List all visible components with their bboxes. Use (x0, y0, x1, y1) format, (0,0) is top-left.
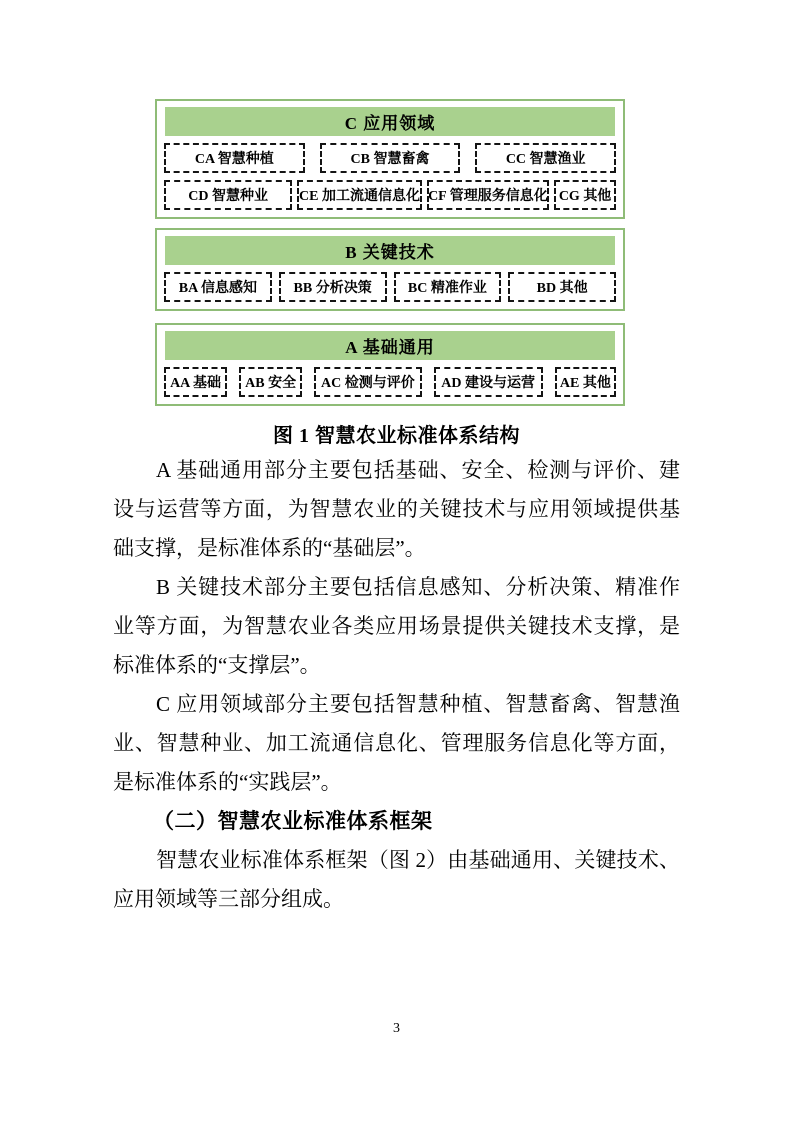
figure-box-cc: CC 智慧渔业 (475, 143, 616, 173)
figure-row-c2: CD 智慧种业 CE 加工流通信息化 CF 管理服务信息化 CG 其他 (164, 180, 616, 210)
figure-row-a1: AA 基础 AB 安全 AC 检测与评价 AD 建设与运营 AE 其他 (164, 367, 616, 397)
figure-section-header-a: A 基础通用 (165, 331, 615, 360)
paragraph-a-line-2: 设与运营等方面，为智慧农业的关键技术与应用领域提供基 (113, 490, 680, 529)
figure-box-ce: CE 加工流通信息化 (297, 180, 421, 210)
figure-box-cf: CF 管理服务信息化 (427, 180, 550, 210)
figure-standard-system-diagram: C 应用领域 CA 智慧种植 CB 智慧畜禽 CC 智慧渔业 CD 智慧种业 C… (155, 99, 625, 406)
figure-box-ab: AB 安全 (239, 367, 302, 397)
figure-caption: 图 1 智慧农业标准体系结构 (0, 419, 793, 448)
figure-box-ba: BA 信息感知 (164, 272, 272, 302)
paragraph-c-line-1: C 应用领域部分主要包括智慧种植、智慧畜禽、智慧渔 (113, 685, 680, 724)
figure-box-cb: CB 智慧畜禽 (320, 143, 461, 173)
section-heading-framework: （二）智慧农业标准体系框架 (113, 802, 680, 841)
document-page: C 应用领域 CA 智慧种植 CB 智慧畜禽 CC 智慧渔业 CD 智慧种业 C… (0, 0, 793, 1122)
figure-section-key-tech: B 关键技术 BA 信息感知 BB 分析决策 BC 精准作业 BD 其他 (155, 228, 625, 311)
paragraph-d-line-1: 智慧农业标准体系框架（图 2）由基础通用、关键技术、 (113, 841, 680, 880)
body-text: A 基础通用部分主要包括基础、安全、检测与评价、建 设与运营等方面，为智慧农业的… (113, 451, 680, 919)
figure-box-bc: BC 精准作业 (394, 272, 502, 302)
paragraph-c-line-3: 是标准体系的“实践层”。 (113, 763, 680, 802)
figure-box-ad: AD 建设与运营 (434, 367, 543, 397)
figure-section-header-c: C 应用领域 (165, 107, 615, 136)
paragraph-b-line-1: B 关键技术部分主要包括信息感知、分析决策、精准作 (113, 568, 680, 607)
figure-box-aa: AA 基础 (164, 367, 227, 397)
figure-section-application: C 应用领域 CA 智慧种植 CB 智慧畜禽 CC 智慧渔业 CD 智慧种业 C… (155, 99, 625, 219)
figure-box-cg: CG 其他 (554, 180, 616, 210)
paragraph-b-line-2: 业等方面，为智慧农业各类应用场景提供关键技术支撑，是 (113, 607, 680, 646)
figure-row-c1: CA 智慧种植 CB 智慧畜禽 CC 智慧渔业 (164, 143, 616, 173)
figure-row-b1: BA 信息感知 BB 分析决策 BC 精准作业 BD 其他 (164, 272, 616, 302)
figure-section-header-b: B 关键技术 (165, 236, 615, 265)
paragraph-c-line-2: 业、智慧种业、加工流通信息化、管理服务信息化等方面， (113, 724, 680, 763)
figure-box-bb: BB 分析决策 (279, 272, 387, 302)
paragraph-a-line-3: 础支撑，是标准体系的“基础层”。 (113, 529, 680, 568)
figure-box-ae: AE 其他 (555, 367, 616, 397)
figure-box-ca: CA 智慧种植 (164, 143, 305, 173)
figure-box-cd: CD 智慧种业 (164, 180, 292, 210)
paragraph-a-line-1: A 基础通用部分主要包括基础、安全、检测与评价、建 (113, 451, 680, 490)
page-number: 3 (0, 1021, 793, 1037)
figure-box-ac: AC 检测与评价 (314, 367, 421, 397)
figure-section-basic: A 基础通用 AA 基础 AB 安全 AC 检测与评价 AD 建设与运营 AE … (155, 323, 625, 406)
figure-box-bd: BD 其他 (508, 272, 616, 302)
paragraph-d-line-2: 应用领域等三部分组成。 (113, 880, 680, 919)
paragraph-b-line-3: 标准体系的“支撑层”。 (113, 646, 680, 685)
